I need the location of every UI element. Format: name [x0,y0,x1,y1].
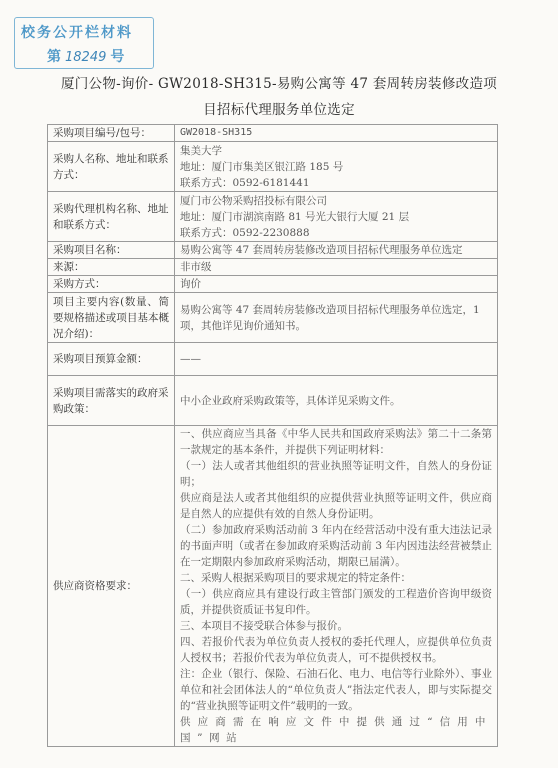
row-label-main-content: 项目主要内容(数量、简要规格描述或项目基本概况介绍)： [48,293,175,343]
table-row: 采购方式： 询价 [48,276,498,293]
procurement-info-table: 采购项目编号/包号： GW2018-SH315 采购人名称、地址和联系方式： 集… [47,124,498,747]
qualification-item: 供应商是法人或者其他组织的应提供营业执照等证明文件，供应商是自然人的应提供有效的… [180,490,492,522]
qualification-item: （二）参加政府采购活动前 3 年内在经营活动中没有重大违法记录的书面声明（或者在… [180,522,492,570]
stamp-text: 校务公开栏材料 [21,22,133,42]
row-label-purchaser: 采购人名称、地址和联系方式： [48,142,175,192]
row-value-budget: —— [175,343,498,376]
document-title-line1: 厦门公物-询价- GW2018-SH315-易购公寓等 47 套周转房装修改造项 [0,72,558,92]
table-row: 供应商资格要求： 一、供应商应当具备《中华人民共和国政府采购法》第二十二条第一款… [48,426,498,747]
row-value-project-name: 易购公寓等 47 套周转房装修改造项目招标代理服务单位选定 [175,242,498,259]
row-label-policy: 采购项目需落实的政府采购政策： [48,376,175,426]
row-value-qualification: 一、供应商应当具备《中华人民共和国政府采购法》第二十二条第一款规定的基本条件，并… [175,426,498,747]
row-value-agency: 厦门市公物采购招投标有限公司 地址：厦门市湖滨南路 81 号光大银行大厦 21 … [175,192,498,242]
qualification-note: 注：企业（银行、保险、石油石化、电力、电信等行业除外）、事业单位和社会团体法人的… [180,666,492,714]
row-value-method: 询价 [175,276,498,293]
row-value-purchaser: 集美大学 地址：厦门市集美区银江路 185 号 联系方式：0592-618144… [175,142,498,192]
stamp-number: 18249 [65,50,106,65]
row-label-agency: 采购代理机构名称、地址和联系方式： [48,192,175,242]
qualification-item: （一）供应商应具有建设行政主管部门颁发的工程造价咨询甲级资质，并提供资质证书复印… [180,586,492,618]
qualification-item: 一、供应商应当具备《中华人民共和国政府采购法》第二十二条第一款规定的基本条件，并… [180,426,492,458]
stamp-number-line: 第18249号 [47,46,124,66]
qualification-item: 二、采购人根据采购项目的要求规定的特定条件： [180,570,492,586]
purchaser-name: 集美大学 [180,143,492,159]
table-row: 采购项目需落实的政府采购政策： 中小企业政府采购政策等，具体详见采购文件。 [48,376,498,426]
row-value-main-content: 易购公寓等 47 套周转房装修改造项目招标代理服务单位选定，1 项，其他详见询价… [175,293,498,343]
qualification-item: 四、若报价代表为单位负责人授权的委托代理人，应提供单位负责人授权书；若报价代表为… [180,634,492,666]
table-row: 采购代理机构名称、地址和联系方式： 厦门市公物采购招投标有限公司 地址：厦门市湖… [48,192,498,242]
document-title-line2: 目招标代理服务单位选定 [0,98,558,118]
qualification-item-continued: 供应商需在响应文件中提供通过“信用中国”网站 [180,714,492,746]
table-row: 项目主要内容(数量、简要规格描述或项目基本概况介绍)： 易购公寓等 47 套周转… [48,293,498,343]
table-row: 采购项目预算金额： —— [48,343,498,376]
row-label-budget: 采购项目预算金额： [48,343,175,376]
table-row: 采购人名称、地址和联系方式： 集美大学 地址：厦门市集美区银江路 185 号 联… [48,142,498,192]
table-row: 采购项目编号/包号： GW2018-SH315 [48,125,498,142]
row-label-project-number: 采购项目编号/包号： [48,125,175,142]
agency-name: 厦门市公物采购招投标有限公司 [180,193,492,209]
row-label-qualification: 供应商资格要求： [48,426,175,747]
row-value-project-number: GW2018-SH315 [175,125,498,142]
row-label-source: 来源： [48,259,175,276]
stamp-suffix: 号 [110,49,124,65]
agency-contact: 联系方式：0592-2230888 [180,225,492,241]
row-label-project-name: 采购项目名称： [48,242,175,259]
qualification-item: （一）法人或者其他组织的营业执照等证明文件，自然人的身份证明； [180,458,492,490]
row-value-policy: 中小企业政府采购政策等，具体详见采购文件。 [175,376,498,426]
purchaser-address: 地址：厦门市集美区银江路 185 号 [180,159,492,175]
table-row: 采购项目名称： 易购公寓等 47 套周转房装修改造项目招标代理服务单位选定 [48,242,498,259]
archive-stamp: 校务公开栏材料 第18249号 [14,17,154,69]
row-label-method: 采购方式： [48,276,175,293]
purchaser-contact: 联系方式：0592-6181441 [180,175,492,191]
table-row: 来源： 非市级 [48,259,498,276]
stamp-prefix: 第 [47,49,61,65]
qualification-item: 三、本项目不接受联合体参与报价。 [180,618,492,634]
agency-address: 地址：厦门市湖滨南路 81 号光大银行大厦 21 层 [180,209,492,225]
row-value-source: 非市级 [175,259,498,276]
